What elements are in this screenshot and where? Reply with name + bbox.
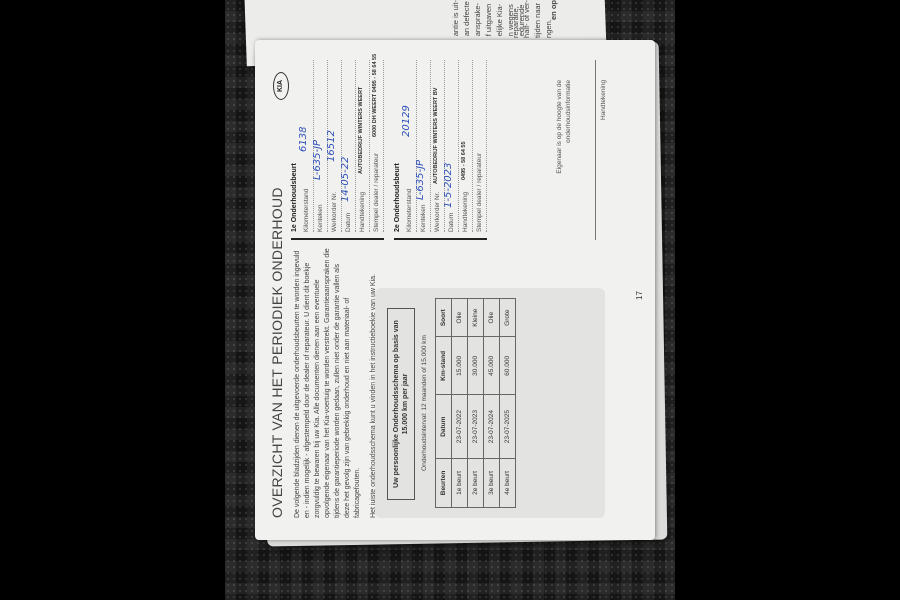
schedule-panel: Uw persoonlijke Onderhoudsschema op basi…: [375, 288, 605, 518]
owner-note: Eigenaar is op de hoogte van de onderhou…: [555, 80, 573, 220]
cell: 23-07-2022: [452, 395, 468, 459]
form-field-handtekening: Handtekening0495 - 58 64 55: [459, 60, 473, 232]
intro-paragraph: De volgende bladzijden dienen de uitgevo…: [293, 248, 363, 518]
cell: Kleine: [468, 299, 484, 337]
booklet-page: OVERZICHT VAN HET PERIODIEK ONDERHOUD KI…: [255, 40, 655, 540]
cell: 2e beurt: [468, 458, 484, 507]
signature-line: [595, 60, 596, 240]
dealer-stamp: AUTOBEDRIJF WINTERS WEERT BV: [433, 88, 439, 184]
table-row: 3e beurt 23-07-2024 45.000 Olie: [484, 299, 500, 508]
handwritten-value: L-635-JP: [414, 160, 427, 200]
handwritten-value: 16512: [325, 130, 338, 162]
schedule-table: Beurten Datum Km-stand Soort 1e beurt 23…: [435, 298, 516, 508]
handwritten-value: 6138: [297, 127, 310, 152]
service-form-1: 1e Onderhoudsbeurt Kilometerstand6138 Ke…: [291, 60, 384, 240]
dealer-stamp: 6000 DH WEERT 0495 - 58 64 55: [372, 54, 378, 137]
booklet: OVERZICHT VAN HET PERIODIEK ONDERHOUD KI…: [255, 40, 655, 540]
cell: Grote: [500, 299, 516, 337]
cell: 23-07-2025: [500, 395, 516, 459]
handwritten-value: 1-5-2023: [442, 163, 455, 208]
form-field-werkorder: Werkorder Nr.16512: [328, 60, 342, 232]
dealer-stamp: AUTOBEDRIJF WINTERS WEERT: [358, 87, 364, 174]
column-header: Soort: [436, 299, 452, 337]
form-title: 2e Onderhoudsbeurt: [394, 60, 401, 232]
cell: Olie: [452, 299, 468, 337]
page-number: 17: [635, 291, 644, 300]
cell: 45.000: [484, 337, 500, 395]
cell: 30.000: [468, 337, 484, 395]
cell: 3e beurt: [484, 458, 500, 507]
form-field-kilometerstand: Kilometerstand20129: [403, 60, 417, 232]
service-forms: 1e Onderhoudsbeurt Kilometerstand6138 Ke…: [291, 60, 497, 240]
service-form-2: 2e Onderhoudsbeurt Kilometerstand20129 K…: [394, 60, 487, 240]
schedule-interval: Onderhoudsinterval: 12 maanden of 15.000…: [421, 298, 428, 508]
kia-logo: KIA: [273, 72, 289, 100]
cell: Olie: [484, 299, 500, 337]
column-header: Km-stand: [436, 337, 452, 395]
cell: 1e beurt: [452, 458, 468, 507]
previous-column-2: antie is uit-an defecteansprake-f uitgav…: [450, 0, 527, 36]
form-field-stempel: Stempel dealer / reparateur6000 DH WEERT…: [370, 60, 384, 232]
cell: 23-07-2023: [468, 395, 484, 459]
cell: 4e beurt: [500, 458, 516, 507]
cell: 23-07-2024: [484, 395, 500, 459]
handwritten-value: 20129: [400, 105, 413, 137]
photo: en op reparatie,half- of ver-tijden naar…: [225, 0, 675, 600]
form-field-kenteken: KentekenL-635-JP: [417, 60, 431, 232]
table-row: 4e beurt 23-07-2025 60.000 Grote: [500, 299, 516, 508]
cell: 60.000: [500, 337, 516, 395]
intro-text: De volgende bladzijden dienen de uitgevo…: [293, 248, 385, 518]
handwritten-value: L-635-JP: [311, 140, 324, 180]
signature-label: Handtekening: [600, 80, 607, 120]
table-row: 2e beurt 23-07-2023 30.000 Kleine: [468, 299, 484, 508]
form-field-datum: Datum1-5-2023: [445, 60, 459, 232]
form-field-handtekening: HandtekeningAUTOBEDRIJF WINTERS WEERT: [356, 60, 370, 232]
column-header: Beurten: [436, 458, 452, 507]
schedule-header-row: Beurten Datum Km-stand Soort: [436, 299, 452, 508]
table-row: 1e beurt 23-07-2022 15.000 Olie: [452, 299, 468, 508]
schedule-heading: Uw persoonlijke Onderhoudsschema op basi…: [387, 308, 415, 500]
page-title: OVERZICHT VAN HET PERIODIEK ONDERHOUD: [269, 187, 285, 518]
dealer-stamp: 0495 - 58 64 55: [461, 141, 467, 180]
form-field-stempel: Stempel dealer / reparateur: [473, 60, 487, 232]
form-field-datum: Datum14-05-22: [342, 60, 356, 232]
handwritten-value: 14-05-22: [339, 157, 352, 202]
cell: 15.000: [452, 337, 468, 395]
column-header: Datum: [436, 395, 452, 459]
